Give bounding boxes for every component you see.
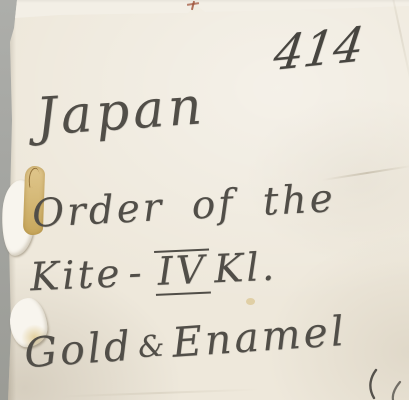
country-line: Japan: [34, 76, 207, 148]
catalog-number: 414: [270, 17, 367, 83]
material-word-1: Gold: [23, 322, 135, 377]
paper-crease: [387, 0, 409, 90]
partial-pen-stroke: [362, 368, 406, 400]
paper-crease: [322, 165, 409, 181]
paper-crease: [60, 389, 260, 398]
item-word: Kite: [29, 251, 123, 300]
separator-dash: -: [127, 250, 145, 296]
class-numeral: IV: [154, 249, 211, 296]
torn-flap-edge: [0, 0, 409, 20]
paper-stain-freckle: [246, 298, 255, 305]
class-abbreviation: Kl.: [213, 245, 278, 293]
photo-of-handwritten-note: 414 Japan Order of the Kite-IVKl. Gold&E…: [0, 0, 409, 400]
ampersand: &: [137, 328, 169, 364]
